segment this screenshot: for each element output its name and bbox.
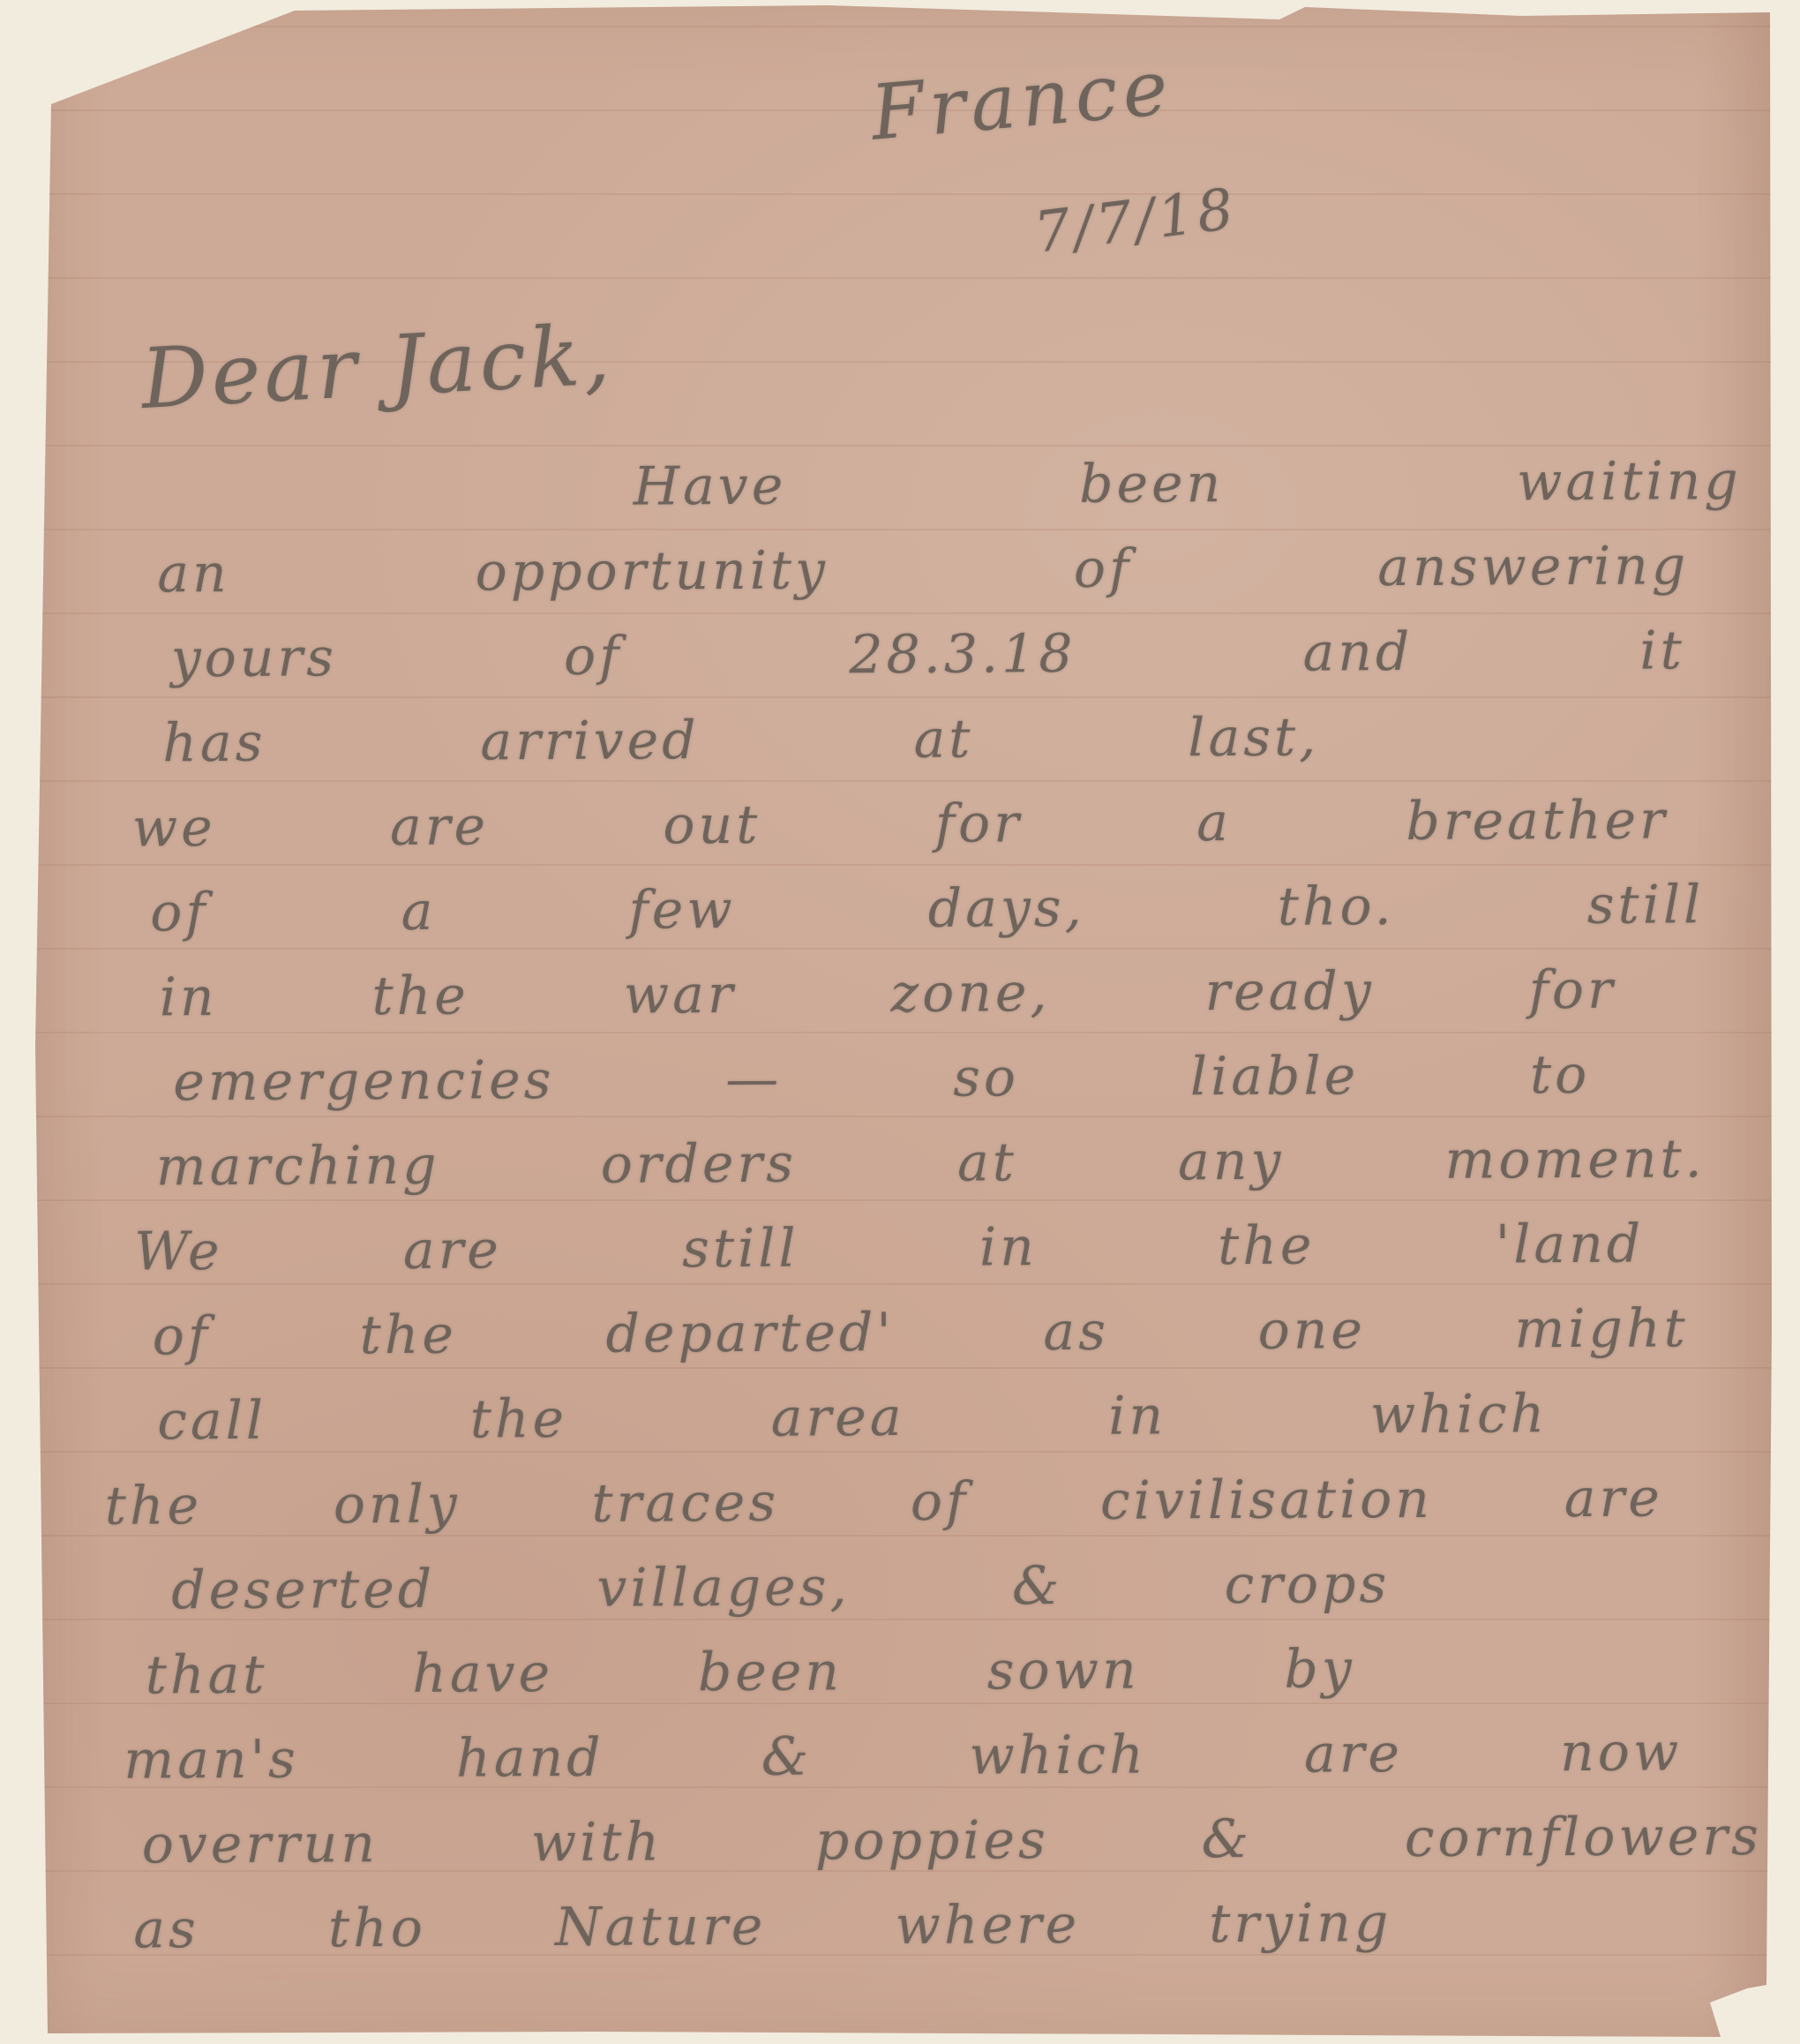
letter-line: yours of 28.3.18 and it: [170, 608, 1684, 701]
letter-line: of a few days, tho. still: [150, 862, 1704, 955]
letter-line: of the departed' as one might: [153, 1286, 1689, 1379]
letter-line: has arrived at last,: [162, 695, 1319, 786]
letter-line: deserted villages, & crops: [171, 1542, 1390, 1633]
letter-line: We are still in the 'land: [134, 1202, 1644, 1295]
letter-line: man's hand & which are now: [124, 1710, 1682, 1802]
letter-line: marching orders at any moment.: [156, 1116, 1706, 1209]
letter-salutation: Dear Jack,: [139, 307, 616, 428]
letter-body: Have been waitingan opportunity of answe…: [24, 439, 1775, 1973]
letter-line: that have been sown by: [146, 1627, 1355, 1717]
letter-paper: France 7/7/18 Dear Jack, Have been waiti…: [28, 5, 1772, 2037]
letter-line: an opportunity of answering: [157, 523, 1689, 616]
letter-line: Have been waiting: [633, 439, 1741, 530]
letter-line: as tho Nature where trying: [133, 1881, 1391, 1972]
letter-line: the only traces of civilisation are: [105, 1455, 1663, 1548]
letter-line: we are out for a breather: [131, 778, 1668, 870]
letter-line: in the war zone, ready for: [160, 948, 1616, 1041]
letter-date: 7/7/18: [1031, 177, 1240, 266]
letter-place: France: [867, 43, 1176, 157]
letter-line: emergencies — so liable to: [173, 1033, 1590, 1124]
letter-line: overrun with poppies & cornflowers: [142, 1794, 1762, 1888]
letter-line: call the area in which: [157, 1371, 1548, 1463]
